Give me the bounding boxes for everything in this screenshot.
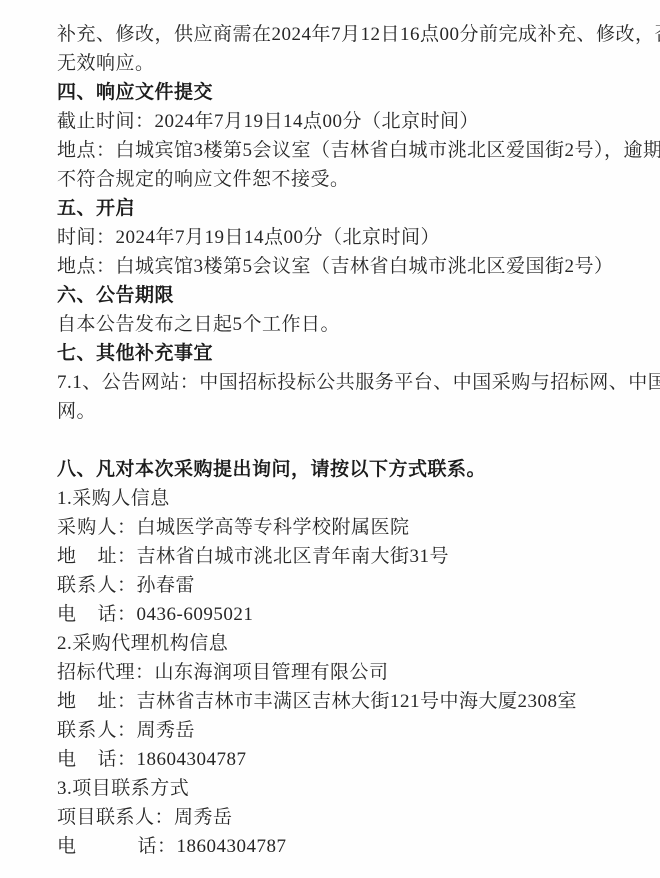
field-value: ：18604304787 — [117, 749, 247, 770]
field-value: ：白城医学高等专科学校附属医院 — [117, 517, 410, 538]
text-line: 招标代理：山东海润项目管理有限公司 — [57, 658, 614, 687]
field-label: 电话 — [57, 600, 117, 629]
text-line: 截止时间：2024年7月19日14点00分（北京时间） — [57, 107, 614, 136]
document-page: 补充、修改，供应商需在2024年7月12日16点00分前完成补充、修改，否则视为… — [0, 0, 660, 878]
field-label: 联系人 — [57, 716, 117, 745]
text-line: 自本公告发布之日起5个工作日。 — [57, 310, 614, 339]
field-value: ：吉林省吉林市丰满区吉林大街121号中海大厦2308室 — [117, 691, 577, 712]
text-line: 不符合规定的响应文件恕不接受。 — [57, 165, 614, 194]
field-line: 地址：吉林省白城市洮北区青年南大街31号 — [57, 542, 614, 571]
field-value: ：周秀岳 — [117, 720, 195, 741]
field-value: ：0436-6095021 — [117, 604, 253, 625]
section-heading: 六、公告期限 — [57, 281, 614, 310]
text-line: 3.项目联系方式 — [57, 774, 614, 803]
text-line: 补充、修改，供应商需在2024年7月12日16点00分前完成补充、修改，否则视为 — [57, 20, 614, 49]
text-line: 7.1、公告网站：中国招标投标公共服务平台、中国采购与招标网、中国财经报 — [57, 368, 614, 397]
text-line: 地点：白城宾馆3楼第5会议室（吉林省白城市洮北区爱国街2号） — [57, 252, 614, 281]
field-value: ：吉林省白城市洮北区青年南大街31号 — [117, 546, 449, 567]
field-label: 地址 — [57, 687, 117, 716]
text-line: 项目联系人：周秀岳 — [57, 803, 614, 832]
text-line: 无效响应。 — [57, 49, 614, 78]
text-line: 地点：白城宾馆3楼第5会议室（吉林省白城市洮北区爱国街2号），逾期送达或 — [57, 136, 614, 165]
text-line: 网。 — [57, 397, 614, 426]
field-line: 电话：18604304787 — [57, 745, 614, 774]
field-label: 电话 — [57, 832, 157, 861]
field-line: 联系人：孙春雷 — [57, 571, 614, 600]
field-label: 联系人 — [57, 571, 117, 600]
text-line: 2.采购代理机构信息 — [57, 629, 614, 658]
field-line: 电话：18604304787 — [57, 832, 614, 861]
field-line: 联系人：周秀岳 — [57, 716, 614, 745]
section-heading: 四、响应文件提交 — [57, 78, 614, 107]
text-line: 时间：2024年7月19日14点00分（北京时间） — [57, 223, 614, 252]
field-label: 电话 — [57, 745, 117, 774]
section-heading: 七、其他补充事宜 — [57, 339, 614, 368]
field-line: 地址：吉林省吉林市丰满区吉林大街121号中海大厦2308室 — [57, 687, 614, 716]
text-line: 1.采购人信息 — [57, 484, 614, 513]
blank-line — [57, 426, 614, 455]
field-value: ：18604304787 — [157, 836, 287, 857]
field-label: 地址 — [57, 542, 117, 571]
field-line: 电话：0436-6095021 — [57, 600, 614, 629]
section-heading: 八、凡对本次采购提出询问，请按以下方式联系。 — [57, 455, 614, 484]
section-heading: 五、开启 — [57, 194, 614, 223]
field-value: ：孙春雷 — [117, 575, 195, 596]
field-label: 采购人 — [57, 513, 117, 542]
field-line: 采购人：白城医学高等专科学校附属医院 — [57, 513, 614, 542]
